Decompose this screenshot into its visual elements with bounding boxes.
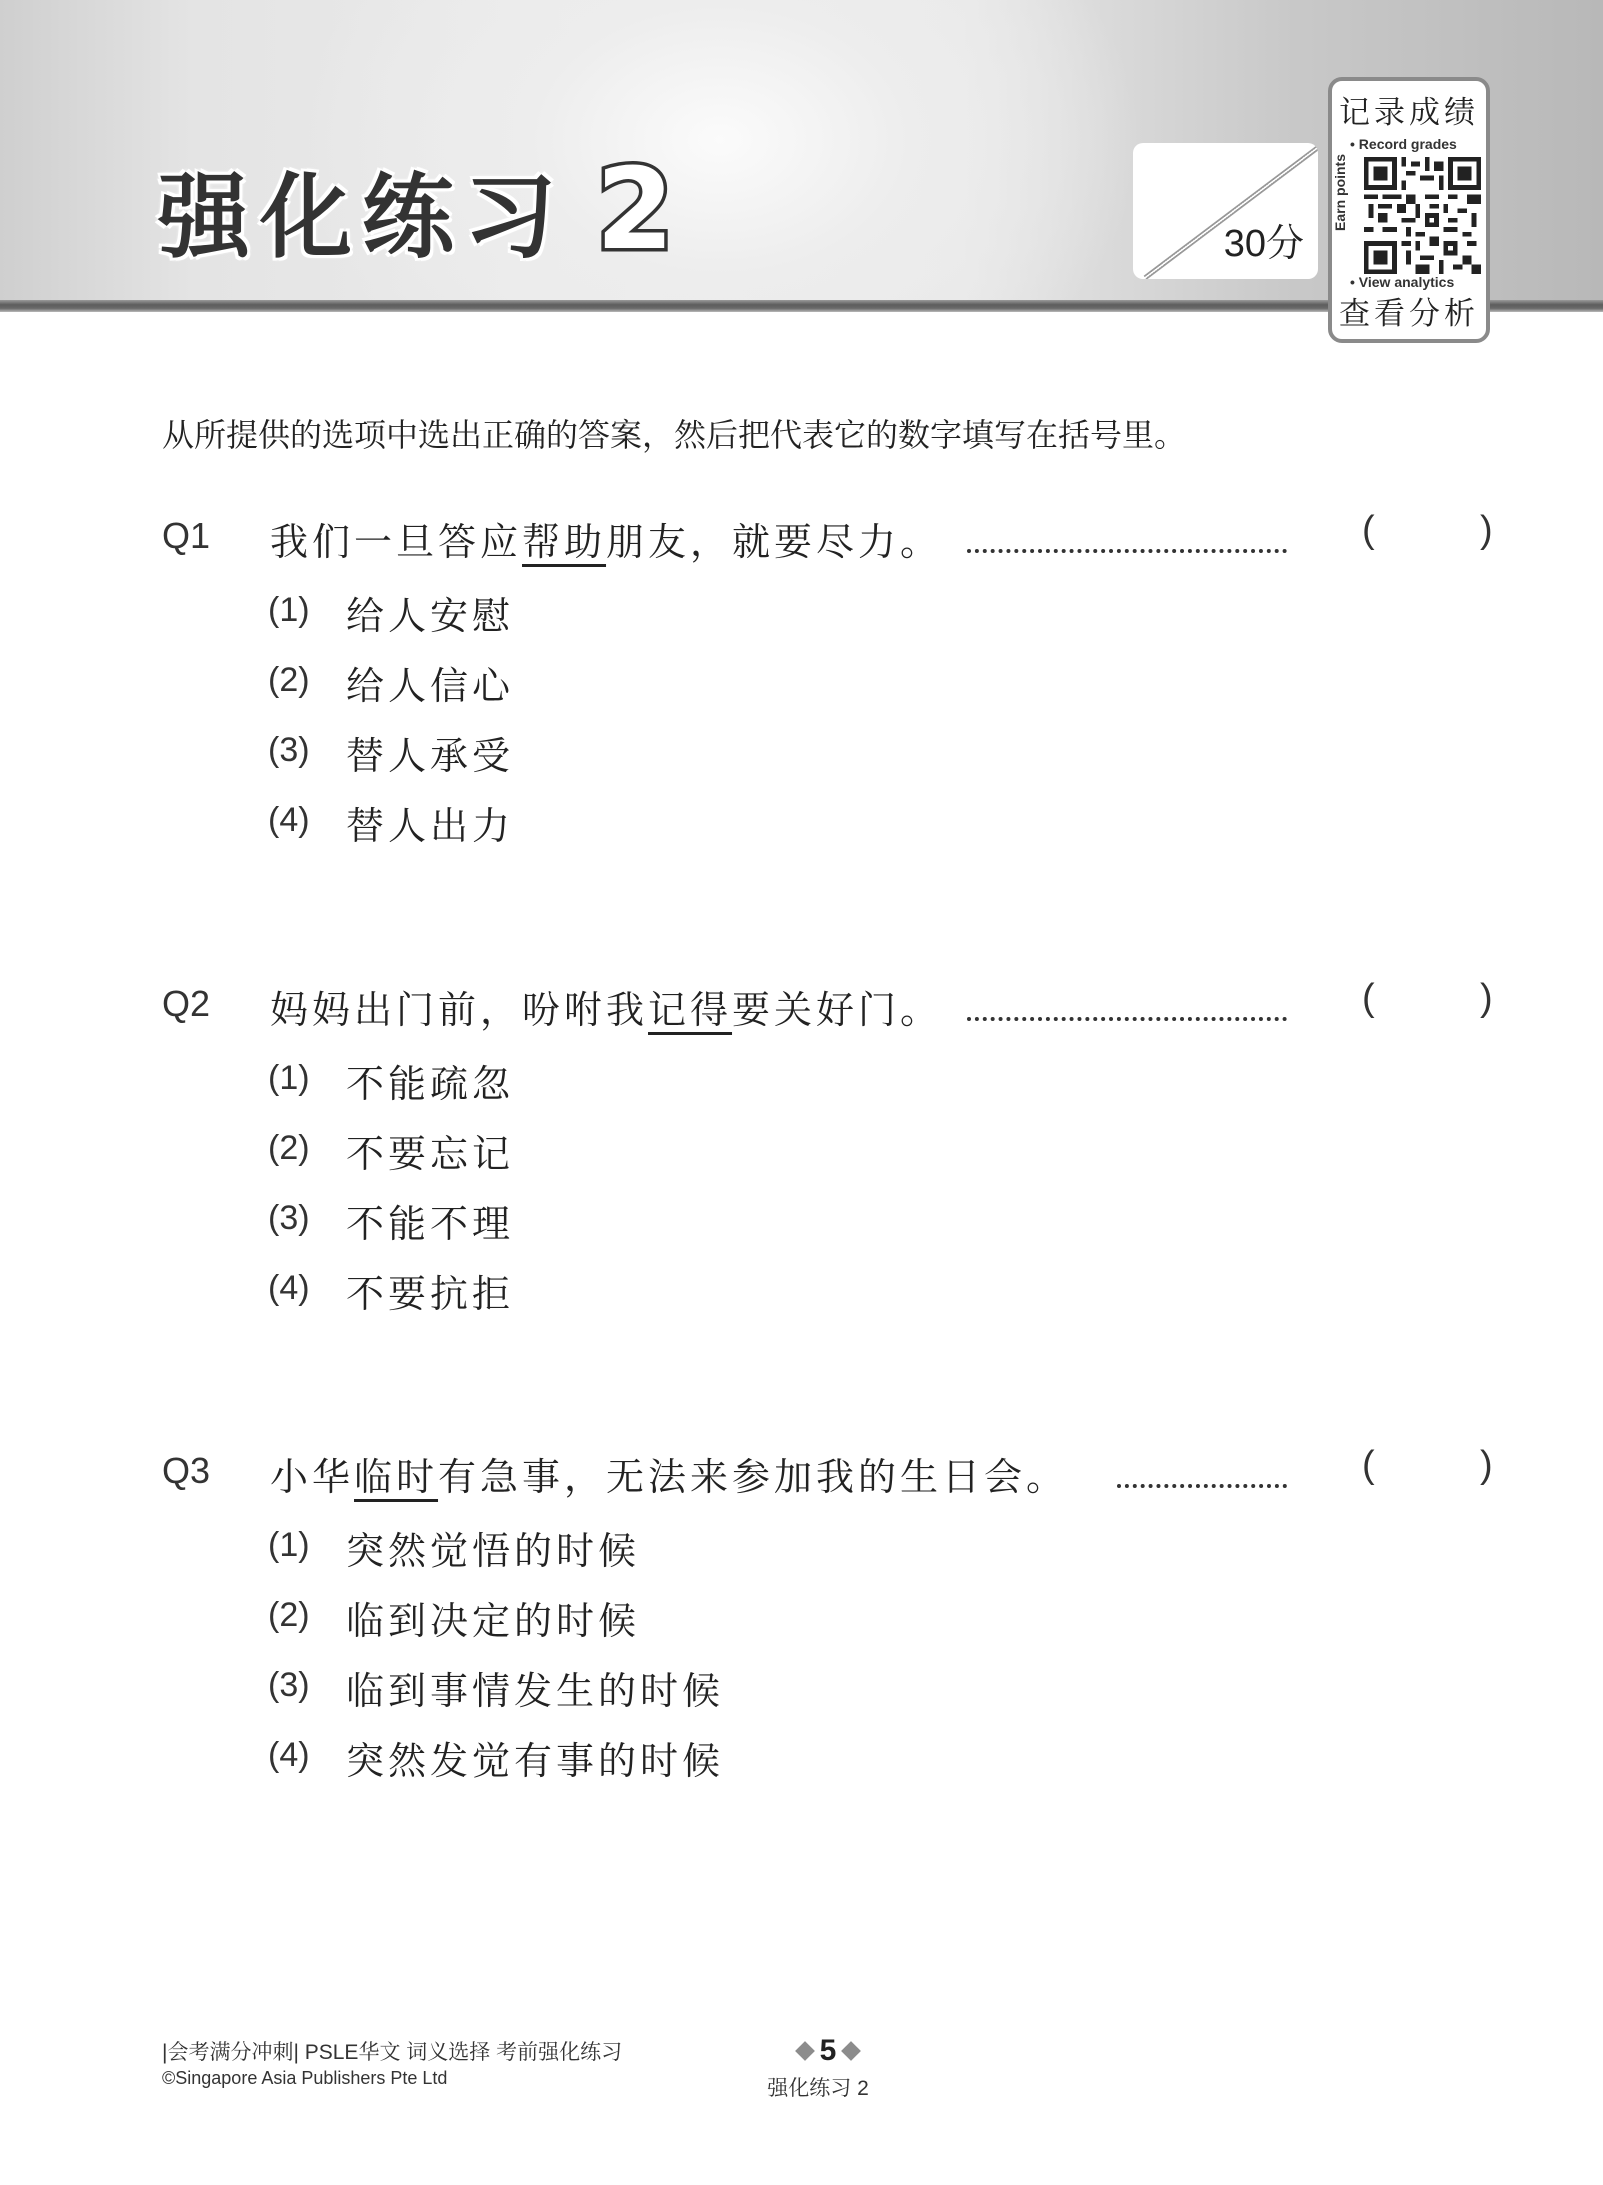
- page-title: 强化练习 2: [158, 150, 674, 270]
- score-box: 30分: [1133, 143, 1318, 279]
- qr-record-label: 记录成绩: [1332, 87, 1486, 132]
- answer-paren-open: (: [1362, 509, 1375, 552]
- question-text: 妈妈出门前，吩咐我记得要关好门。: [270, 979, 942, 1034]
- instruction-text: 从所提供的选项中选出正确的答案，然后把代表它的数字填写在括号里。: [162, 410, 1186, 456]
- underlined-word: 帮助: [522, 520, 606, 564]
- answer-paren-close: ): [1480, 977, 1493, 1020]
- diamond-icon: [841, 2041, 861, 2061]
- dotted-leader: [967, 509, 1287, 553]
- dotted-leader: [967, 977, 1287, 1021]
- underlined-word: 临时: [354, 1455, 438, 1499]
- underlined-word: 记得: [648, 988, 732, 1032]
- question-1: Q1 我们一旦答应帮助朋友，就要尽力。 ( ) (1)给人安慰 (2)给人信心 …: [162, 505, 1502, 565]
- page-footer: 5 强化练习 2: [778, 2034, 878, 2102]
- qr-card[interactable]: 记录成绩 • Record grades Earn points • View …: [1328, 77, 1490, 343]
- answer-paren-open: (: [1362, 977, 1375, 1020]
- section-label: 强化练习 2: [758, 2072, 878, 2102]
- footer-credits: |会考满分冲刺| PSLE华文 词义选择 考前强化练习 ©Singapore A…: [162, 2036, 622, 2089]
- title-number: 2: [596, 145, 674, 275]
- question-label: Q3: [162, 1450, 210, 1492]
- qr-code-icon[interactable]: [1364, 157, 1481, 274]
- copyright: ©Singapore Asia Publishers Pte Ltd: [162, 2068, 622, 2089]
- answer-paren-open: (: [1362, 1444, 1375, 1487]
- answer-paren-close: ): [1480, 1444, 1493, 1487]
- qr-analytics-label: 查看分析: [1332, 288, 1486, 333]
- diamond-icon: [795, 2041, 815, 2061]
- question-text: 小华临时有急事，无法来参加我的生日会。: [270, 1446, 1068, 1501]
- question-3: Q3 小华临时有急事，无法来参加我的生日会。 ( ) (1)突然觉悟的时候 (2…: [162, 1440, 1502, 1500]
- dotted-leader: [1117, 1444, 1287, 1488]
- book-title: |会考满分冲刺| PSLE华文 词义选择 考前强化练习: [162, 2036, 622, 2066]
- question-2: Q2 妈妈出门前，吩咐我记得要关好门。 ( ) (1)不能疏忽 (2)不要忘记 …: [162, 973, 1502, 1033]
- question-text: 我们一旦答应帮助朋友，就要尽力。: [270, 511, 942, 566]
- question-label: Q2: [162, 983, 210, 1025]
- qr-record-grades: • Record grades: [1350, 136, 1457, 152]
- page-number: 5: [820, 2034, 837, 2068]
- title-text: 强化练习: [158, 144, 566, 276]
- qr-earn-points: Earn points: [1332, 154, 1348, 231]
- answer-paren-close: ): [1480, 509, 1493, 552]
- total-score: 30分: [1224, 212, 1304, 267]
- question-label: Q1: [162, 515, 210, 557]
